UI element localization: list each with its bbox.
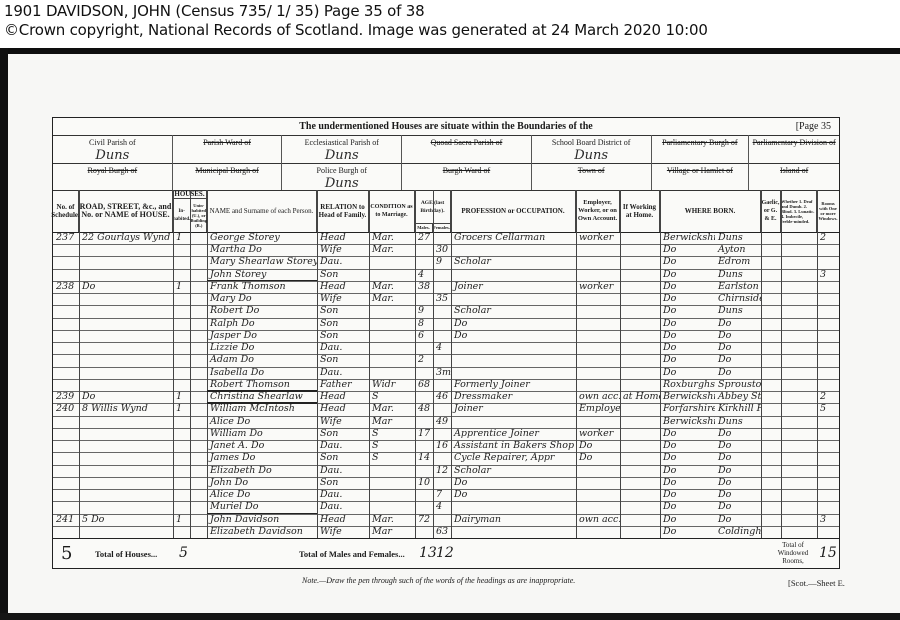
cell-schedule [53,526,79,538]
cell-rooms: 3 [817,269,839,281]
grid-line [207,190,208,538]
cell-at-home [620,465,660,477]
boundary-label: Parish Ward of [173,135,282,147]
cell-schedule [53,489,79,501]
cell-inhabited [173,465,190,477]
form-note: Note.—Draw the pen through such of the w… [302,576,575,585]
census-row: Jasper DoSon6DoDoDo [53,330,839,343]
cell-employer [576,342,620,354]
boundaries-row-2: Royal Burgh ofMunicipal Burgh ofPolice B… [53,163,839,191]
cell-employer: own acc. [576,514,620,526]
cell-relation: Son [317,269,369,281]
schedule-divider [207,390,317,392]
cell-born-place: Do [715,501,761,513]
census-row: 238Do1Frank ThomsonHeadMar.38Joinerworke… [53,281,839,294]
cell-schedule [53,256,79,268]
cell-female-age [433,269,451,281]
cell-name: Ralph Do [207,318,317,330]
cell-condition: S [369,428,415,440]
cell-at-home [620,354,660,366]
cell-condition: S [369,391,415,403]
cell-female-age [433,232,451,244]
cell-born-place: Chirnside [715,293,761,305]
cell-condition: Mar [369,526,415,538]
cell-rooms [817,281,839,293]
cell-born-county: Do [660,465,715,477]
cell-employer: Do [576,452,620,464]
cell-condition [369,305,415,317]
cell-inhabited [173,501,190,513]
cell-occupation [451,244,576,256]
cell-born-county: Do [660,514,715,526]
cell-address [79,416,173,428]
boundaries-row-1: Civil Parish ofDunsParish Ward ofEcclesi… [53,135,839,164]
cell-at-home [620,342,660,354]
females-total: 12 [436,545,454,561]
cell-condition: Mar. [369,403,415,415]
cell-female-age: 63 [433,526,451,538]
cell-inhabited [173,256,190,268]
cell-address [79,354,173,366]
boundary-value: Duns [53,148,172,163]
boundary-label: Parliamentary Division of [749,135,839,147]
cell-male-age: 10 [415,477,433,489]
cell-name: John Davidson [207,514,317,526]
col-gaelic: Gaelic, or G. & E. [761,190,781,232]
cell-at-home [620,293,660,305]
cell-schedule [53,342,79,354]
cell-born-place: Abbey St Bathans [715,391,761,403]
cell-rooms [817,330,839,342]
grid-line [415,190,416,538]
census-row: Robert DoSon9ScholarDoDuns [53,305,839,318]
persons-total-label: Total of Males and Females... [299,549,405,559]
cell-rooms [817,477,839,489]
cell-male-age: 38 [415,281,433,293]
cell-relation: Head [317,514,369,526]
boundary-label: Ecclesiastical Parish of [282,135,401,147]
cell-at-home [620,440,660,452]
cell-relation: Head [317,391,369,403]
cell-employer [576,501,620,513]
grid-line [660,190,661,538]
boundary-cell: Ecclesiastical Parish ofDuns [282,135,402,163]
cell-name: Alice Do [207,489,317,501]
cell-name: James Do [207,452,317,464]
census-form: The undermentioned Houses are situate wi… [52,117,840,569]
cell-condition: S [369,452,415,464]
cell-address [79,489,173,501]
cell-rooms [817,428,839,440]
cell-employer [576,256,620,268]
cell-born-county: Do [660,330,715,342]
cell-rooms [817,244,839,256]
scan-border [0,613,900,620]
cell-address: 8 Willis Wynd [79,403,173,415]
cell-male-age [415,416,433,428]
boundary-cell: Village or Hamlet of [652,163,750,190]
cell-at-home [620,305,660,317]
cell-address [79,465,173,477]
cell-relation: Dau. [317,489,369,501]
cell-male-age: 68 [415,379,433,391]
cell-born-county: Do [660,526,715,538]
cell-occupation [451,416,576,428]
cell-at-home [620,367,660,379]
cell-name: Frank Thomson [207,281,317,293]
cell-relation: Dau. [317,256,369,268]
cell-female-age [433,514,451,526]
boundary-label: Royal Burgh of [53,163,172,175]
cell-rooms [817,305,839,317]
cell-employer [576,354,620,366]
cell-inhabited [173,428,190,440]
cell-inhabited: 1 [173,281,190,293]
cell-employer: worker [576,232,620,244]
boundary-cell: Police Burgh ofDuns [282,163,402,190]
col-inhabited: In-habited. [173,199,191,232]
cell-occupation: Apprentice Joiner [451,428,576,440]
cell-inhabited: 1 [173,403,190,415]
cell-occupation: Joiner [451,281,576,293]
cell-address [79,452,173,464]
cell-occupation: Joiner [451,403,576,415]
cell-occupation: Grocers Cellarman [451,232,576,244]
cell-address [79,526,173,538]
cell-condition [369,354,415,366]
cell-relation: Head [317,403,369,415]
cell-condition: Mar. [369,514,415,526]
cell-male-age: 8 [415,318,433,330]
cell-inhabited [173,489,190,501]
form-banner: The undermentioned Houses are situate wi… [53,118,839,136]
cell-name: Lizzie Do [207,342,317,354]
scan-border [0,48,8,620]
cell-employer [576,416,620,428]
col-infirmity: Whether 1. Deaf and Dumb. 2. Blind. 3. L… [781,190,817,232]
cell-male-age [415,391,433,403]
cell-male-age: 4 [415,269,433,281]
cell-relation: Son [317,452,369,464]
census-row: 2415 Do1John DavidsonHeadMar.72Dairymano… [53,514,839,527]
cell-born-place: Edrom [715,256,761,268]
grid-line [190,190,191,538]
cell-female-age: 7 [433,489,451,501]
cell-employer [576,293,620,305]
cell-born-place: Coldingham [715,526,761,538]
boundary-cell: Island of [749,163,839,190]
cell-born-place: Duns [715,232,761,244]
cell-male-age [415,440,433,452]
cell-name: William McIntosh [207,403,317,415]
cell-occupation [451,526,576,538]
cell-born-place: Do [715,514,761,526]
boundary-cell: Town of [532,163,652,190]
cell-schedule [53,477,79,489]
cell-condition [369,367,415,379]
cell-male-age: 6 [415,330,433,342]
cell-schedule: 239 [53,391,79,403]
cell-at-home [620,256,660,268]
census-row: Ralph DoSon8DoDoDo [53,318,839,331]
cell-born-place: Kirkhill Farm [715,403,761,415]
census-row: Alice DoWifeMar49BerwickshireDuns [53,416,839,429]
cell-born-county: Berwickshire [660,416,715,428]
cell-occupation [451,367,576,379]
totals-row: 5 Total of Houses... 5 Total of Males an… [53,538,839,571]
cell-address [79,305,173,317]
cell-female-age [433,428,451,440]
cell-rooms [817,440,839,452]
cell-condition: Mar. [369,281,415,293]
cell-at-home [620,379,660,391]
cell-at-home [620,526,660,538]
cell-condition [369,489,415,501]
cell-born-place: Ayton [715,244,761,256]
cell-address: 22 Gourlays Wynd [79,232,173,244]
cell-employer [576,330,620,342]
grid-line [433,190,434,538]
cell-address [79,244,173,256]
col-relation: RELATION to Head of Family. [317,190,369,232]
cell-female-age [433,330,451,342]
cell-born-place: Earlston [715,281,761,293]
cell-female-age: 3mo [433,367,451,379]
cell-name: Janet A. Do [207,440,317,452]
cell-schedule [53,452,79,464]
census-row: Isabella DoDau.3moDoDo [53,367,839,380]
cell-employer: worker [576,281,620,293]
cell-born-county: Do [660,428,715,440]
cell-schedule: 241 [53,514,79,526]
cell-male-age: 14 [415,452,433,464]
col-where-born: WHERE BORN. [660,190,761,232]
cell-born-place: Do [715,477,761,489]
cell-occupation [451,269,576,281]
cell-occupation: Do [451,489,576,501]
cell-schedule [53,465,79,477]
cell-born-county: Do [660,440,715,452]
cell-born-place: Do [715,354,761,366]
cell-relation: Son [317,428,369,440]
cell-male-age [415,342,433,354]
cell-employer [576,489,620,501]
boundary-value: Duns [532,148,651,163]
cell-inhabited [173,244,190,256]
cell-condition [369,269,415,281]
cell-address [79,318,173,330]
cell-born-place: Do [715,489,761,501]
caption-title: 1901 DAVIDSON, JOHN (Census 735/ 1/ 35) … [4,2,708,21]
cell-condition [369,318,415,330]
cell-male-age [415,367,433,379]
boundary-label: Island of [749,163,839,175]
cell-at-home [620,501,660,513]
cell-employer [576,477,620,489]
cell-relation: Father [317,379,369,391]
cell-born-county: Do [660,269,715,281]
cell-at-home [620,416,660,428]
cell-inhabited [173,354,190,366]
cell-schedule [53,318,79,330]
cell-address [79,477,173,489]
cell-male-age [415,256,433,268]
boundary-cell: Quoad Sacra Parish of [402,135,532,163]
cell-name: Martha Do [207,244,317,256]
census-row: James DoSonS14Cycle Repairer, ApprDoDoDo [53,452,839,465]
cell-name: Mary Shearlaw Storey [207,256,317,268]
cell-inhabited [173,416,190,428]
grid-line [817,190,818,538]
cell-female-age [433,318,451,330]
cell-address [79,293,173,305]
cell-at-home [620,489,660,501]
cell-occupation: Scholar [451,256,576,268]
banner-text: The undermentioned Houses are situate wi… [299,121,592,132]
cell-name: John Do [207,477,317,489]
cell-inhabited [173,318,190,330]
cell-inhabited [173,379,190,391]
boundary-cell: Parish Ward of [173,135,283,163]
cell-born-county: Do [660,477,715,489]
cell-female-age: 46 [433,391,451,403]
col-rooms: Rooms with One or more Windows. [817,190,839,232]
boundary-cell: Parliamentary Burgh of [652,135,750,163]
cell-employer [576,465,620,477]
cell-schedule [53,330,79,342]
boundary-label: Municipal Burgh of [173,163,282,175]
cell-occupation: Do [451,330,576,342]
cell-employer: Do [576,440,620,452]
column-headers: No. of Schedule. ROAD, STREET, &c., and … [53,190,839,233]
cell-born-place: Do [715,428,761,440]
boundary-value: Duns [282,176,401,191]
cell-relation: Son [317,477,369,489]
cell-rooms [817,416,839,428]
census-row: Mary Shearlaw StoreyDau.9ScholarDoEdrom [53,256,839,269]
cell-male-age: 27 [415,232,433,244]
col-condition: CONDITION as to Marriage. [369,190,415,232]
cell-employer [576,318,620,330]
cell-born-county: Do [660,367,715,379]
cell-relation: Wife [317,416,369,428]
boundary-label: School Board District of [532,135,651,147]
cell-address: Do [79,281,173,293]
males-total: 13 [419,545,437,561]
cell-relation: Dau. [317,465,369,477]
cell-rooms: 2 [817,391,839,403]
census-row: Elizabeth DoDau.12ScholarDoDo [53,465,839,478]
cell-at-home [620,477,660,489]
cell-relation: Wife [317,244,369,256]
cell-at-home [620,318,660,330]
cell-schedule [53,501,79,513]
cell-born-county: Berwickshire [660,391,715,403]
cell-female-age [433,403,451,415]
cell-inhabited [173,440,190,452]
cell-female-age: 30 [433,244,451,256]
cell-name: Alice Do [207,416,317,428]
grid-line [620,190,621,538]
cell-rooms [817,367,839,379]
cell-schedule [53,367,79,379]
census-row: 2408 Willis Wynd1William McIntoshHeadMar… [53,403,839,416]
census-row: 239Do1Christina ShearlawHeadS46Dressmake… [53,391,839,404]
cell-female-age [433,452,451,464]
cell-born-county: Berwickshire [660,232,715,244]
cell-female-age: 4 [433,342,451,354]
cell-occupation: Assistant in Bakers Shop [451,440,576,452]
cell-at-home [620,269,660,281]
cell-inhabited [173,452,190,464]
rooms-total-label: Total of Windowed Rooms, [771,541,815,565]
cell-condition [369,342,415,354]
census-row: Muriel DoDau.4DoDo [53,501,839,514]
cell-born-county: Forfarshire [660,403,715,415]
cell-occupation: Scholar [451,305,576,317]
cell-born-place: Do [715,342,761,354]
cell-inhabited [173,330,190,342]
cell-at-home [620,452,660,464]
boundary-label: Civil Parish of [53,135,172,147]
cell-schedule [53,354,79,366]
cell-relation: Son [317,330,369,342]
col-name: NAME and Surname of each Person. [207,190,317,232]
cell-schedule [53,428,79,440]
col-uninhabited: Unin-habited (U.), or Building (B.) [191,199,208,232]
census-row: William DoSonS17Apprentice JoinerworkerD… [53,428,839,441]
cell-born-place: Do [715,318,761,330]
cell-name: Elizabeth Do [207,465,317,477]
col-employer: Employer, Worker, or on Own Account. [576,190,620,232]
cell-born-county: Roxburghshire [660,379,715,391]
cell-name: Mary Do [207,293,317,305]
cell-schedule [53,244,79,256]
cell-employer: own acc. [576,391,620,403]
cell-born-place: Sprouston [715,379,761,391]
cell-employer [576,244,620,256]
cell-address [79,501,173,513]
cell-born-county: Do [660,452,715,464]
cell-condition: Mar. [369,232,415,244]
cell-name: George Storey [207,232,317,244]
cell-address [79,428,173,440]
cell-rooms [817,354,839,366]
boundary-label: Village or Hamlet of [652,163,749,175]
census-row: Martha DoWifeMar.30DoAyton [53,244,839,257]
grid-line [781,190,782,538]
cell-at-home [620,281,660,293]
cell-schedule [53,293,79,305]
cell-schedule [53,269,79,281]
cell-occupation [451,293,576,305]
cell-address [79,440,173,452]
cell-female-age [433,354,451,366]
cell-condition [369,465,415,477]
cell-employer [576,379,620,391]
cell-female-age [433,477,451,489]
cell-relation: Dau. [317,440,369,452]
cell-male-age [415,293,433,305]
cell-inhabited [173,367,190,379]
cell-name: Elizabeth Davidson [207,526,317,538]
boundary-cell: Municipal Burgh of [173,163,283,190]
census-row: Janet A. DoDau.S16Assistant in Bakers Sh… [53,440,839,453]
col-address: ROAD, STREET, &c., and No. or NAME of HO… [79,190,173,232]
cell-rooms [817,379,839,391]
cell-born-county: Do [660,281,715,293]
caption-copyright: ©Crown copyright, National Records of Sc… [4,21,708,40]
